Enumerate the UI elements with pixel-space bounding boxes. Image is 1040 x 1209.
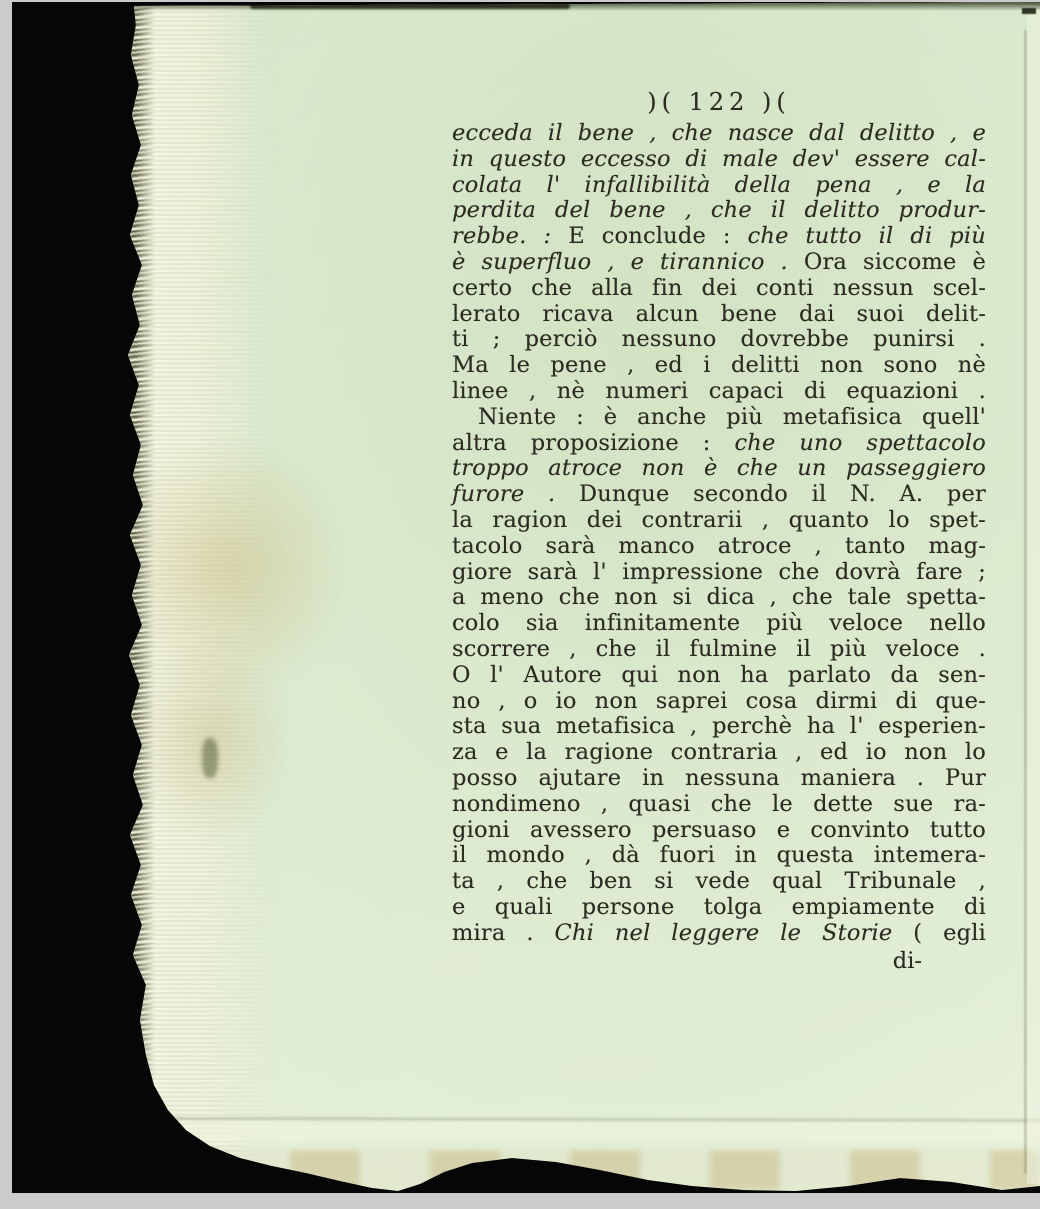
italic-text-segment: Chi nel leggere le Storie bbox=[555, 920, 893, 946]
roman-text-segment: mira . bbox=[452, 920, 555, 946]
scan-mat-frame: )( 122 )( ecceda il bene , che nasce dal… bbox=[0, 0, 1040, 1209]
roman-text-segment: lerato ricava alcun bene dai suoi delit- bbox=[452, 301, 986, 327]
text-line: colata l' infallibilità della pena , e l… bbox=[452, 173, 986, 199]
roman-text-segment: la ragion dei contrarii , quanto lo spet… bbox=[452, 507, 986, 533]
roman-text-segment: linee , nè numeri capaci di equazioni . bbox=[452, 378, 986, 404]
roman-text-segment: ta , che ben si vede qual Tribunale , bbox=[452, 868, 986, 894]
roman-text-segment: gioni avessero persuaso e convinto tutto bbox=[452, 817, 986, 843]
text-line: Ma le pene , ed i delitti non sono nè bbox=[452, 353, 986, 379]
text-line: giore sarà l' impressione che dovrà fare… bbox=[452, 560, 986, 586]
text-line: tacolo sarà manco atroce , tanto mag- bbox=[452, 534, 986, 560]
roman-text-segment: il mondo , dà fuori in questa intemera- bbox=[452, 842, 986, 868]
text-line: troppo atroce non è che un passeggiero bbox=[452, 456, 986, 482]
roman-text-segment: ti ; perciò nessuno dovrebbe punirsi . bbox=[452, 326, 986, 352]
text-line: ti ; perciò nessuno dovrebbe punirsi . bbox=[452, 327, 986, 353]
page-number-header: )( 122 )( bbox=[452, 88, 986, 116]
catchword: di- bbox=[452, 948, 922, 974]
italic-text-segment: è superfluo , e tirannico . bbox=[452, 249, 804, 275]
roman-text-segment: colo sia infinitamente più veloce nello bbox=[452, 610, 986, 636]
text-line: O l' Autore qui non ha parlato da sen- bbox=[452, 663, 986, 689]
text-line: Niente : è anche più metafisica quell' bbox=[452, 405, 986, 431]
paper-stain-smear-lower bbox=[148, 635, 288, 845]
italic-text-segment: furore . bbox=[452, 481, 579, 507]
text-line: gioni avessero persuaso e convinto tutto bbox=[452, 818, 986, 844]
roman-text-segment: certo che alla fin dei conti nessun scel… bbox=[452, 275, 986, 301]
text-line: furore . Dunque secondo il N. A. per bbox=[452, 482, 986, 508]
book-page-leaf: )( 122 )( ecceda il bene , che nasce dal… bbox=[0, 0, 1040, 1209]
text-line: rebbe. : E conclude : che tutto il di pi… bbox=[452, 224, 986, 250]
roman-text-segment: no , o io non saprei cosa dirmi di que- bbox=[452, 688, 986, 714]
roman-text-segment: E conclude : bbox=[568, 223, 747, 249]
roman-text-segment: O l' Autore qui non ha parlato da sen- bbox=[452, 662, 986, 688]
top-right-corner-mark bbox=[1022, 8, 1036, 14]
roman-text-segment: Ma le pene , ed i delitti non sono nè bbox=[452, 352, 986, 378]
italic-text-segment: che uno spettacolo bbox=[734, 430, 986, 456]
roman-text-segment: altra proposizione : bbox=[452, 430, 734, 456]
text-line: è superfluo , e tirannico . Ora siccome … bbox=[452, 250, 986, 276]
italic-text-segment: che tutto il di più bbox=[748, 223, 986, 249]
text-line: posso ajutare in nessuna maniera . Pur bbox=[452, 766, 986, 792]
italic-text-segment: in questo eccesso di male dev' essere ca… bbox=[452, 146, 986, 172]
italic-text-segment: ecceda il bene , che nasce dal delitto ,… bbox=[452, 120, 986, 146]
roman-text-segment: sta sua metafisica , perchè ha l' esperi… bbox=[452, 713, 986, 739]
text-line: altra proposizione : che uno spettacolo bbox=[452, 431, 986, 457]
text-line: la ragion dei contrarii , quanto lo spet… bbox=[452, 508, 986, 534]
roman-text-segment: scorrere , che il fulmine il più veloce … bbox=[452, 636, 986, 662]
roman-text-segment: tacolo sarà manco atroce , tanto mag- bbox=[452, 533, 986, 559]
text-line: nondimeno , quasi che le dette sue ra- bbox=[452, 792, 986, 818]
roman-text-segment: Dunque secondo il N. A. per bbox=[579, 481, 986, 507]
roman-text-segment: giore sarà l' impressione che dovrà fare… bbox=[452, 559, 986, 585]
text-line: sta sua metafisica , perchè ha l' esperi… bbox=[452, 714, 986, 740]
text-line: mira . Chi nel leggere le Storie ( egli bbox=[452, 921, 986, 947]
text-line: colo sia infinitamente più veloce nello bbox=[452, 611, 986, 637]
roman-text-segment: Niente : è anche più metafisica quell' bbox=[478, 404, 986, 430]
italic-text-segment: colata l' infallibilità della pena , e l… bbox=[452, 172, 986, 198]
text-line: no , o io non saprei cosa dirmi di que- bbox=[452, 689, 986, 715]
roman-text-segment: posso ajutare in nessuna maniera . Pur bbox=[452, 765, 986, 791]
text-line: perdita del bene , che il delitto produr… bbox=[452, 198, 986, 224]
roman-text-segment: nondimeno , quasi che le dette sue ra- bbox=[452, 791, 986, 817]
italic-text-segment: perdita del bene , che il delitto produr… bbox=[452, 197, 986, 223]
body-text-block: ecceda il bene , che nasce dal delitto ,… bbox=[452, 121, 986, 947]
text-line: ta , che ben si vede qual Tribunale , bbox=[452, 869, 986, 895]
roman-text-segment: ( egli bbox=[892, 920, 986, 946]
text-line: a meno che non si dica , che tale spetta… bbox=[452, 585, 986, 611]
roman-text-segment: Ora siccome è bbox=[804, 249, 986, 275]
text-line: il mondo , dà fuori in questa intemera- bbox=[452, 843, 986, 869]
roman-text-segment: za e la ragione contraria , ed io non lo bbox=[452, 739, 986, 765]
text-line: e quali persone tolga empiamente di bbox=[452, 895, 986, 921]
text-line: ecceda il bene , che nasce dal delitto ,… bbox=[452, 121, 986, 147]
text-line: linee , nè numeri capaci di equazioni . bbox=[452, 379, 986, 405]
text-line: certo che alla fin dei conti nessun scel… bbox=[452, 276, 986, 302]
fold-crease-highlight bbox=[140, 1122, 1040, 1142]
text-line: lerato ricava alcun bene dai suoi delit- bbox=[452, 302, 986, 328]
text-line: za e la ragione contraria , ed io non lo bbox=[452, 740, 986, 766]
italic-text-segment: rebbe. : bbox=[452, 223, 568, 249]
italic-text-segment: troppo atroce non è che un passeggiero bbox=[452, 455, 986, 481]
roman-text-segment: e quali persone tolga empiamente di bbox=[452, 894, 986, 920]
next-leaf-edge-highlight bbox=[1027, 10, 1040, 1184]
roman-text-segment: a meno che non si dica , che tale spetta… bbox=[452, 584, 986, 610]
text-line: in questo eccesso di male dev' essere ca… bbox=[452, 147, 986, 173]
paper-dark-speck bbox=[202, 738, 218, 778]
text-line: scorrere , che il fulmine il più veloce … bbox=[452, 637, 986, 663]
